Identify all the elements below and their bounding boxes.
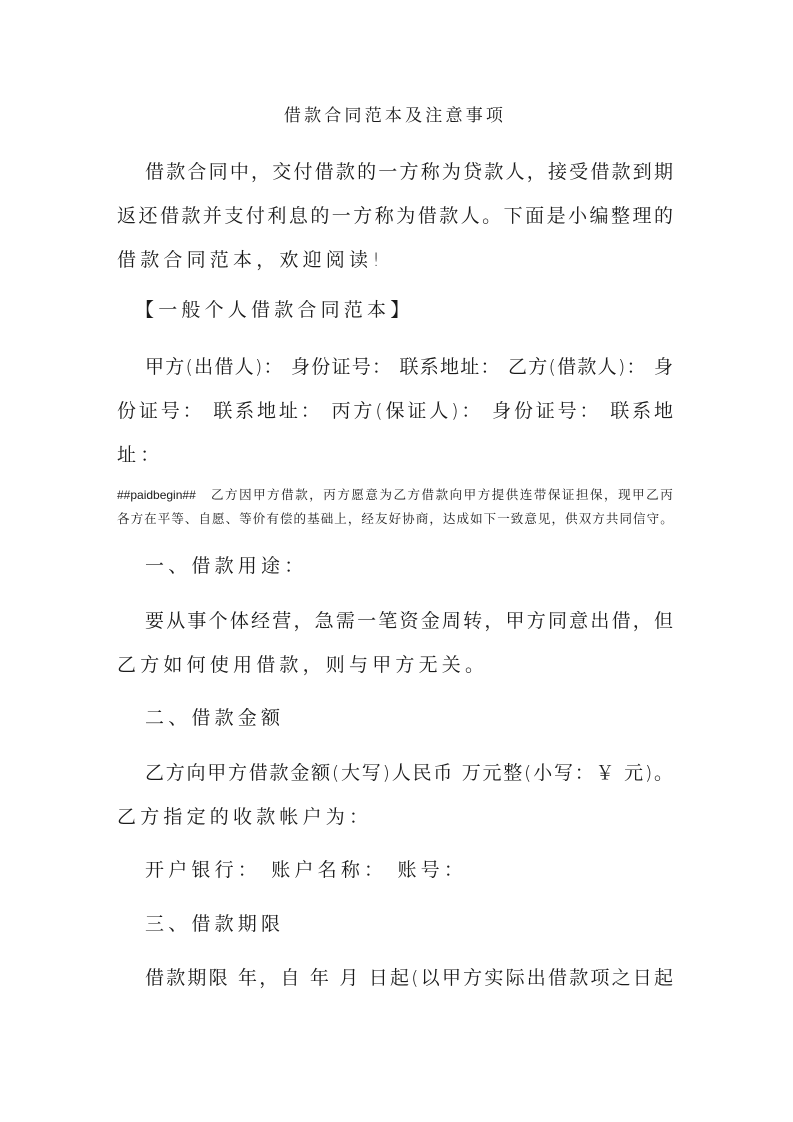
guarantee-line-1: ##paidbegin##乙方因甲方借款，丙方愿意为乙方借款向甲方提供连带保证担… (117, 487, 673, 503)
clause-2-body-line-1: 乙方向甲方借款金额(大写)人民币 万元整(小写：￥ 元)。 (145, 761, 673, 785)
paid-marker: ##paidbegin## (117, 488, 196, 502)
clause-3-body-line-1: 借款期限 年，自 年 月 日起(以甲方实际出借款项之日起 (145, 966, 673, 990)
guarantee-line-2: 各方在平等、自愿、等价有偿的基础上，经友好协商，达成如下一致意见，供双方共同信守… (117, 511, 673, 527)
section-heading: 【一般个人借款合同范本】 (135, 298, 413, 322)
clause-1-heading: 一、借款用途： (145, 554, 307, 578)
parties-line-1: 甲方(出借人)： 身份证号： 联系地址： 乙方(借款人)： 身 (145, 355, 673, 379)
parties-line-3: 址： (117, 443, 163, 467)
intro-line-1: 借款合同中，交付借款的一方称为贷款人，接受借款到期 (145, 160, 673, 184)
clause-1-body-line-2: 乙方如何使用借款，则与甲方无关。 (117, 653, 488, 677)
document-title: 借款合同范本及注意事项 (117, 104, 673, 128)
clause-2-account-line: 开户银行： 账户名称： 账号： (145, 858, 467, 882)
intro-line-3: 借款合同范本，欢迎阅读! (117, 248, 384, 272)
clause-1-body-line-1: 要从事个体经营，急需一笔资金周转，甲方同意出借，但 (145, 609, 673, 633)
parties-line-2: 份证号： 联系地址： 丙方(保证人)： 身份证号： 联系地 (117, 399, 673, 423)
guarantee-text-1: 乙方因甲方借款，丙方愿意为乙方借款向甲方提供连带保证担保，现甲乙丙 (210, 487, 673, 502)
clause-2-body-line-2: 乙方指定的收款帐户为： (117, 805, 372, 829)
clause-2-heading: 二、借款金额 (145, 706, 284, 730)
clause-3-heading: 三、借款期限 (145, 912, 284, 936)
intro-line-2: 返还借款并支付利息的一方称为借款人。下面是小编整理的 (117, 204, 673, 228)
